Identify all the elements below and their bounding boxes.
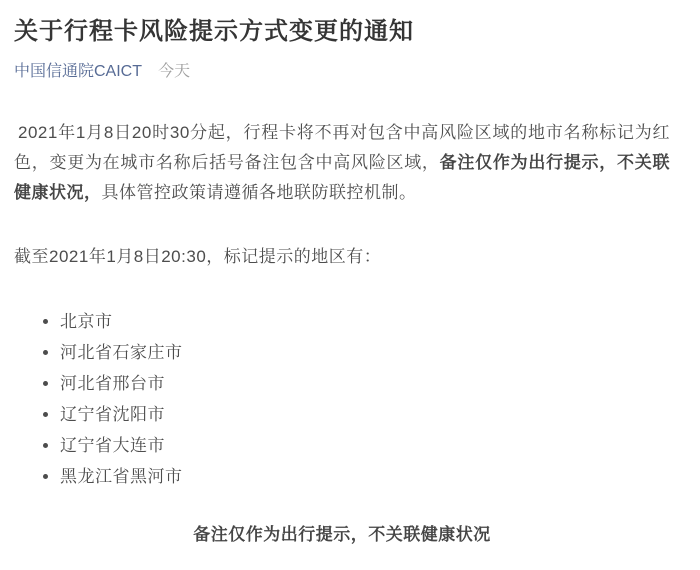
byline: 中国信通院CAICT 今天 — [14, 62, 670, 82]
region-list-item: 河北省邢台市 — [60, 368, 670, 399]
region-list-item: 辽宁省沈阳市 — [60, 399, 670, 430]
article-page: 关于行程卡风险提示方式变更的通知 中国信通院CAICT 今天 2021年1月8日… — [0, 0, 700, 570]
region-list-item: 黑龙江省黑河市 — [60, 461, 670, 492]
notice-paragraph-tail-text: 具体管控政策请遵循各地联防联控机制。 — [102, 183, 417, 202]
publish-date: 今天 — [158, 63, 190, 80]
region-list-item: 辽宁省大连市 — [60, 430, 670, 461]
author-link[interactable]: 中国信通院CAICT — [14, 63, 142, 80]
cutoff-time-paragraph: 截至2021年1月8日20:30，标记提示的地区有： — [14, 242, 670, 272]
region-list-item: 北京市 — [60, 306, 670, 337]
footer-note: 备注仅作为出行提示，不关联健康状况 — [14, 520, 670, 550]
notice-paragraph: 2021年1月8日20时30分起，行程卡将不再对包含中高风险区域的地市名称标记为… — [14, 118, 670, 208]
article-title: 关于行程卡风险提示方式变更的通知 — [14, 16, 670, 48]
region-list: 北京市 河北省石家庄市 河北省邢台市 辽宁省沈阳市 辽宁省大连市 黑龙江省黑河市 — [14, 306, 670, 492]
region-list-item: 河北省石家庄市 — [60, 337, 670, 368]
